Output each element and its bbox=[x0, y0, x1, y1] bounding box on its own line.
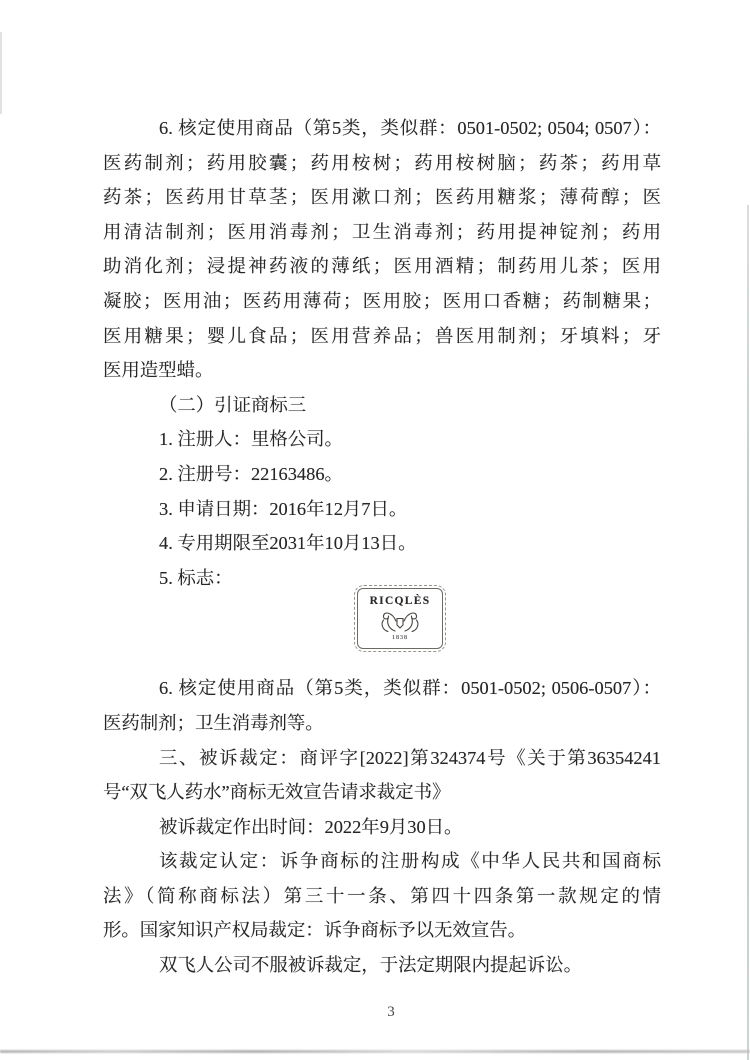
text-line: 凝胶；医用油；医药用薄荷；医用胶；医用口香糖；药制糖果； bbox=[103, 284, 661, 319]
text-line: 该裁定认定：诉争商标的注册构成《中华人民共和国商标 bbox=[103, 844, 661, 879]
text-line: 形。国家知识产权局裁定：诉争商标予以无效宣告。 bbox=[103, 913, 661, 948]
section-heading-sued-ruling: 三、被诉裁定：商评字[2022]第324374号《关于第36354241 bbox=[103, 741, 661, 776]
ricqles-logo-frame: RICQLÈS 1838 bbox=[357, 588, 443, 649]
logo-angels-emblem-icon bbox=[377, 609, 423, 635]
text-line: 号“双飞人药水”商标无效宣告请求裁定书》 bbox=[103, 775, 661, 810]
text-line: 用清洁制剂；医用消毒剂；卫生消毒剂；药用提神锭剂；药用 bbox=[103, 215, 661, 250]
text-line: 2. 注册号：22163486。 bbox=[103, 457, 661, 492]
logo-year: 1838 bbox=[392, 635, 408, 641]
text-line: 医用糖果；婴儿食品；医用营养品；兽医用制剂；牙填料；牙 bbox=[103, 319, 661, 354]
text-line: 3. 申请日期：2016年12月7日。 bbox=[103, 492, 661, 527]
document-body: 6. 核定使用商品（第5类，类似群：0501-0502; 0504; 0507）… bbox=[103, 111, 661, 983]
text-line: 被诉裁定作出时间：2022年9月30日。 bbox=[103, 810, 661, 845]
text-line: 医药制剂；卫生消毒剂等。 bbox=[103, 706, 661, 741]
scan-artifact-left-edge bbox=[0, 32, 2, 114]
text-line: 1. 注册人：里格公司。 bbox=[103, 422, 661, 457]
text-line: 助消化剂；浸提神药液的薄纸；医用酒精；制药用儿茶；医用 bbox=[103, 249, 661, 284]
scan-artifact-right-edge bbox=[747, 205, 749, 1060]
text-line: 药茶；医药用甘草茎；医用漱口剂；医药用糖浆；薄荷醇；医 bbox=[103, 180, 661, 215]
logo-brand-text: RICQLÈS bbox=[370, 596, 431, 608]
text-line: 4. 专用期限至2031年10月13日。 bbox=[103, 526, 661, 561]
section-heading-cited-trademark-3: （二）引证商标三 bbox=[103, 388, 661, 423]
text-line: 6. 核定使用商品（第5类，类似群：0501-0502; 0506-0507）： bbox=[103, 671, 661, 706]
text-line: 双飞人公司不服被诉裁定，于法定期限内提起诉讼。 bbox=[103, 948, 661, 983]
scan-artifact-bottom-edge bbox=[0, 1050, 750, 1053]
ricqles-trademark-logo: RICQLÈS 1838 bbox=[354, 585, 446, 652]
text-line: 医用造型蜡。 bbox=[103, 353, 661, 388]
text-line: 法》（简称商标法）第三十一条、第四十四条第一款规定的情 bbox=[103, 879, 661, 914]
text-line: 医药制剂；药用胶囊；药用桉树；药用桉树脑；药茶；药用草 bbox=[103, 146, 661, 181]
text-line: 6. 核定使用商品（第5类，类似群：0501-0502; 0504; 0507）… bbox=[103, 111, 661, 146]
scanned-document-page: { "page": { "number": "3" }, "logo": { "… bbox=[0, 0, 750, 1060]
page-number: 3 bbox=[16, 1004, 750, 1021]
